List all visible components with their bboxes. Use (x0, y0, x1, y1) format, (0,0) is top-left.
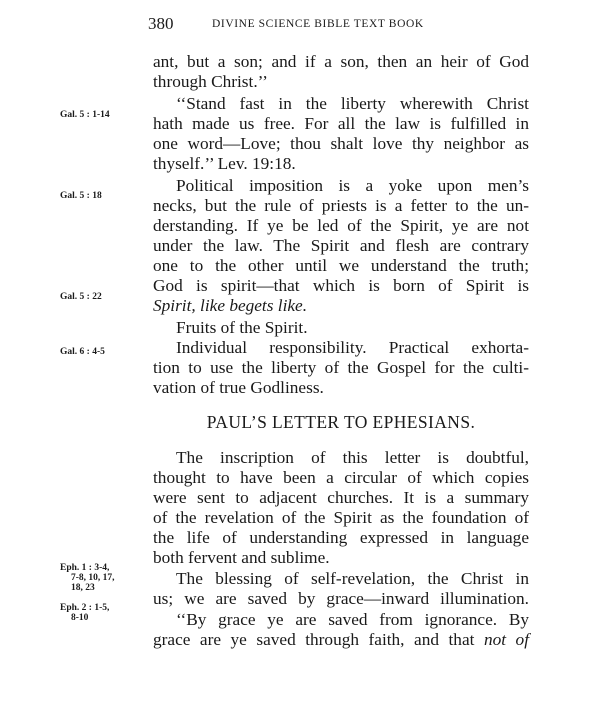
text-line: thyself.’’ Lev. 19:18. (153, 154, 529, 174)
margin-note-text: Gal. 5 : 18 (60, 191, 102, 201)
text-line: ant, but a son; and if a son, then an he… (153, 52, 529, 72)
margin-note-text: Gal. 5 : 22 (60, 292, 102, 302)
page-number: 380 (148, 14, 174, 34)
text-line: one word—Love; thou shalt love thy neigh… (153, 134, 529, 154)
margin-note-text: 18, 23 (60, 583, 115, 593)
text-line: one to the other until we understand the… (153, 256, 529, 276)
italic-text: Spirit, like begets like. (153, 296, 307, 315)
margin-note-text: Eph. 1 : 3-4, (60, 563, 109, 573)
text-line: vation of true Godliness. (153, 378, 529, 398)
text-line: necks, but the rule of priests is a fett… (153, 196, 529, 216)
margin-note-text: Eph. 2 : 1-5, (60, 603, 109, 613)
text-line: Political imposition is a yoke upon men’… (176, 176, 529, 196)
text-line: ‘‘By grace ye are saved from ignorance. … (176, 610, 529, 630)
margin-note-text: Gal. 5 : 1-14 (60, 110, 110, 120)
section-heading: PAUL’S LETTER TO EPHESIANS. (153, 412, 529, 433)
margin-note: Gal. 5 : 1-14 (60, 110, 110, 120)
text-line: grace are ye saved through faith, and th… (153, 630, 529, 650)
text-line: through Christ.’’ (153, 72, 529, 92)
text-line: under the law. The Spirit and flesh are … (153, 236, 529, 256)
margin-note: Eph. 2 : 1-5, 8-10 (60, 603, 109, 623)
text-line: of the revelation of the Spirit as the f… (153, 508, 529, 528)
text-line: The blessing of self-revelation, the Chr… (176, 569, 529, 589)
text-line: ‘‘Stand fast in the liberty wherewith Ch… (176, 94, 529, 114)
running-title: DIVINE SCIENCE BIBLE TEXT BOOK (212, 18, 424, 30)
text-line: Fruits of the Spirit. (176, 318, 529, 338)
text-line: derstanding. If ye be led of the Spirit,… (153, 216, 529, 236)
text-span: grace are ye saved through faith, and th… (153, 630, 474, 649)
margin-note-text: Gal. 6 : 4-5 (60, 347, 105, 357)
text-line: both fervent and sublime. (153, 548, 529, 568)
margin-note-text: 8-10 (60, 613, 109, 623)
margin-note-text: 7-8, 10, 17, (60, 573, 115, 583)
text-line: were sent to adjacent churches. It is a … (153, 488, 529, 508)
text-line: tion to use the liberty of the Gospel fo… (153, 358, 529, 378)
page-header: 380 DIVINE SCIENCE BIBLE TEXT BOOK (148, 14, 538, 36)
margin-note: Gal. 5 : 22 (60, 292, 102, 302)
text-line: hath made us free. For all the law is fu… (153, 114, 529, 134)
italic-text: not of (484, 630, 529, 649)
text-line: God is spirit—that which is born of Spir… (153, 276, 529, 296)
margin-note: Gal. 6 : 4-5 (60, 347, 105, 357)
margin-note: Eph. 1 : 3-4, 7-8, 10, 17, 18, 23 (60, 563, 115, 593)
margin-note: Gal. 5 : 18 (60, 191, 102, 201)
text-line: us; we are saved by grace—inward illumin… (153, 589, 529, 609)
text-line: thought to have been a circular of which… (153, 468, 529, 488)
text-line: the life of understanding expressed in l… (153, 528, 529, 548)
text-line: Spirit, like begets like. (153, 296, 529, 316)
text-line: Individual responsibility. Practical exh… (176, 338, 529, 358)
book-page: 380 DIVINE SCIENCE BIBLE TEXT BOOK Gal. … (0, 0, 600, 709)
text-line: The inscription of this letter is doubtf… (176, 448, 529, 468)
